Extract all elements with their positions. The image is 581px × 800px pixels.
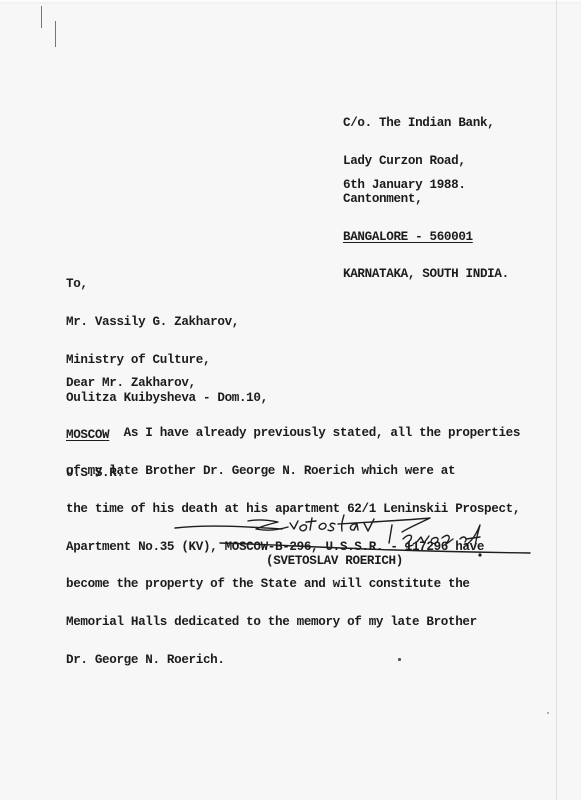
scan-right-edge	[556, 0, 557, 800]
scan-speck	[547, 712, 549, 714]
sender-address-line: Cantonment,	[343, 193, 509, 206]
body-line: Memorial Halls dedicated to the memory o…	[66, 616, 520, 629]
body-line: of my late Brother Dr. George N. Roerich…	[66, 465, 520, 478]
body-line: become the property of the State and wil…	[66, 578, 520, 591]
scan-mark	[55, 21, 56, 47]
recipient-line: Mr. Vassily G. Zakharov,	[66, 316, 268, 329]
body-line: Dr. George N. Roerich.	[66, 654, 520, 667]
letter-page: C/o. The Indian Bank, Lady Curzon Road, …	[0, 0, 581, 800]
scan-top-edge	[0, 0, 581, 4]
typed-signature: (SVETOSLAV ROERICH)	[266, 555, 403, 568]
sender-address-line: Lady Curzon Road,	[343, 155, 509, 168]
sender-address-line: C/o. The Indian Bank,	[343, 117, 509, 130]
body-line: As I have already previously stated, all…	[66, 427, 520, 440]
letter-date: 6th January 1988.	[343, 179, 466, 192]
sender-address: C/o. The Indian Bank, Lady Curzon Road, …	[343, 92, 509, 306]
recipient-line: Ministry of Culture,	[66, 354, 268, 367]
salutation: Dear Mr. Zakharov,	[66, 377, 196, 390]
scan-mark	[41, 6, 42, 28]
sender-address-line: KARNATAKA, SOUTH INDIA.	[343, 268, 509, 281]
recipient-line: To,	[66, 278, 268, 291]
sender-city-line: BANGALORE - 560001	[343, 230, 473, 244]
